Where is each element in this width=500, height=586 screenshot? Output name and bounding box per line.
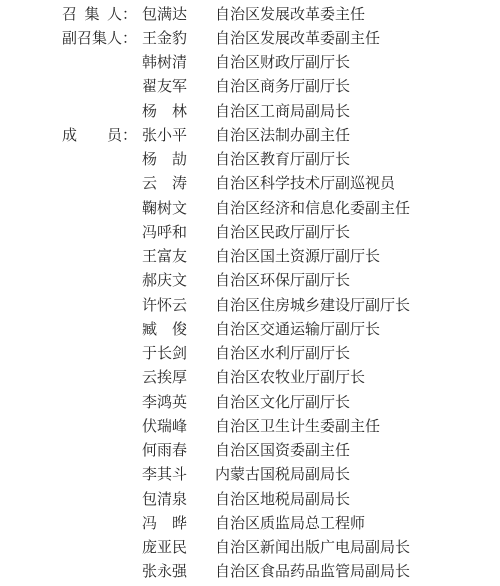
official-row: 鞠树文 自治区经济和信息化委副主任	[0, 197, 500, 221]
role-label: 副召集人：	[0, 32, 137, 47]
person-title: 自治区水利厅副厅长	[215, 347, 350, 362]
official-row: 杨 劼 自治区教育厅副厅长	[0, 149, 500, 173]
official-row: 翟友军 自治区商务厅副厅长	[0, 76, 500, 100]
person-title: 自治区交通运输厅副厅长	[215, 323, 380, 338]
official-row: 何雨春 自治区国资委副主任	[0, 440, 500, 464]
official-row: 张永强 自治区食品药品监管局副局长	[0, 561, 500, 585]
person-name: 杨 林	[142, 105, 189, 120]
official-row: 包清泉 自治区地税局副局长	[0, 488, 500, 512]
official-row: 王富友 自治区国土资源厅副厅长	[0, 246, 500, 270]
person-name: 郝庆文	[142, 274, 189, 289]
person-title: 内蒙古国税局副局长	[215, 468, 350, 483]
official-row: 韩树清 自治区财政厅副厅长	[0, 52, 500, 76]
person-name: 臧 俊	[142, 323, 189, 338]
person-title: 自治区农牧业厅副厅长	[215, 371, 365, 386]
person-title: 自治区环保厅副厅长	[215, 274, 350, 289]
person-title: 自治区科学技术厅副巡视员	[215, 177, 395, 192]
person-title: 自治区质监局总工程师	[215, 517, 365, 532]
person-title: 自治区发展改革委副主任	[215, 32, 380, 47]
person-title: 自治区食品药品监管局副局长	[215, 565, 410, 580]
person-name: 李其斗	[142, 468, 189, 483]
person-title: 自治区经济和信息化委副主任	[215, 202, 410, 217]
person-name: 鞠树文	[142, 202, 189, 217]
official-row: 云 涛 自治区科学技术厅副巡视员	[0, 173, 500, 197]
person-name: 王富友	[142, 250, 189, 265]
person-title: 自治区财政厅副厅长	[215, 56, 350, 71]
official-row: 伏瑞峰 自治区卫生计生委副主任	[0, 415, 500, 439]
person-name: 包满达	[142, 8, 189, 23]
official-row: 副召集人： 王金豹 自治区发展改革委副主任	[0, 27, 500, 51]
person-name: 杨 劼	[142, 153, 189, 168]
person-name: 韩树清	[142, 56, 189, 71]
person-title: 自治区国资委副主任	[215, 444, 350, 459]
person-name: 云 涛	[142, 177, 189, 192]
role-label: 召 集 人：	[0, 8, 137, 23]
official-row: 冯 晔 自治区质监局总工程师	[0, 512, 500, 536]
person-name: 张小平	[142, 129, 189, 144]
person-name: 冯呼和	[142, 226, 189, 241]
person-name: 王金豹	[142, 32, 189, 47]
officials-list: 召 集 人： 包满达 自治区发展改革委主任 副召集人： 王金豹 自治区发展改革委…	[0, 0, 500, 586]
person-name: 云挨厚	[142, 371, 189, 386]
official-row: 庞亚民 自治区新闻出版广电局副局长	[0, 537, 500, 561]
person-title: 自治区商务厅副厅长	[215, 80, 350, 95]
person-name: 李鸿英	[142, 396, 189, 411]
person-title: 自治区工商局副局长	[215, 105, 350, 120]
official-row: 杨 林 自治区工商局副局长	[0, 100, 500, 124]
person-title: 自治区发展改革委主任	[215, 8, 365, 23]
person-title: 自治区卫生计生委副主任	[215, 420, 380, 435]
official-row: 郝庆文 自治区环保厅副厅长	[0, 270, 500, 294]
person-name: 包清泉	[142, 493, 189, 508]
person-name: 许怀云	[142, 299, 189, 314]
person-name: 伏瑞峰	[142, 420, 189, 435]
official-row: 召 集 人： 包满达 自治区发展改革委主任	[0, 3, 500, 27]
official-row: 许怀云 自治区住房城乡建设厅副厅长	[0, 294, 500, 318]
official-row: 冯呼和 自治区民政厅副厅长	[0, 221, 500, 245]
person-title: 自治区民政厅副厅长	[215, 226, 350, 241]
official-row: 李其斗 内蒙古国税局副局长	[0, 464, 500, 488]
official-row: 成 员： 张小平 自治区法制办副主任	[0, 124, 500, 148]
person-title: 自治区新闻出版广电局副局长	[215, 541, 410, 556]
person-title: 自治区住房城乡建设厅副厅长	[215, 299, 410, 314]
person-title: 自治区法制办副主任	[215, 129, 350, 144]
role-label: 成 员：	[0, 129, 137, 144]
person-name: 翟友军	[142, 80, 189, 95]
person-name: 冯 晔	[142, 517, 189, 532]
person-name: 张永强	[142, 565, 189, 580]
person-title: 自治区教育厅副厅长	[215, 153, 350, 168]
official-row: 臧 俊 自治区交通运输厅副厅长	[0, 318, 500, 342]
official-row: 李鸿英 自治区文化厅副厅长	[0, 391, 500, 415]
person-name: 于长剑	[142, 347, 189, 362]
person-title: 自治区国土资源厅副厅长	[215, 250, 380, 265]
official-row: 于长剑 自治区水利厅副厅长	[0, 343, 500, 367]
person-name: 何雨春	[142, 444, 189, 459]
person-title: 自治区地税局副局长	[215, 493, 350, 508]
official-row: 云挨厚 自治区农牧业厅副厅长	[0, 367, 500, 391]
person-title: 自治区文化厅副厅长	[215, 396, 350, 411]
person-name: 庞亚民	[142, 541, 189, 556]
